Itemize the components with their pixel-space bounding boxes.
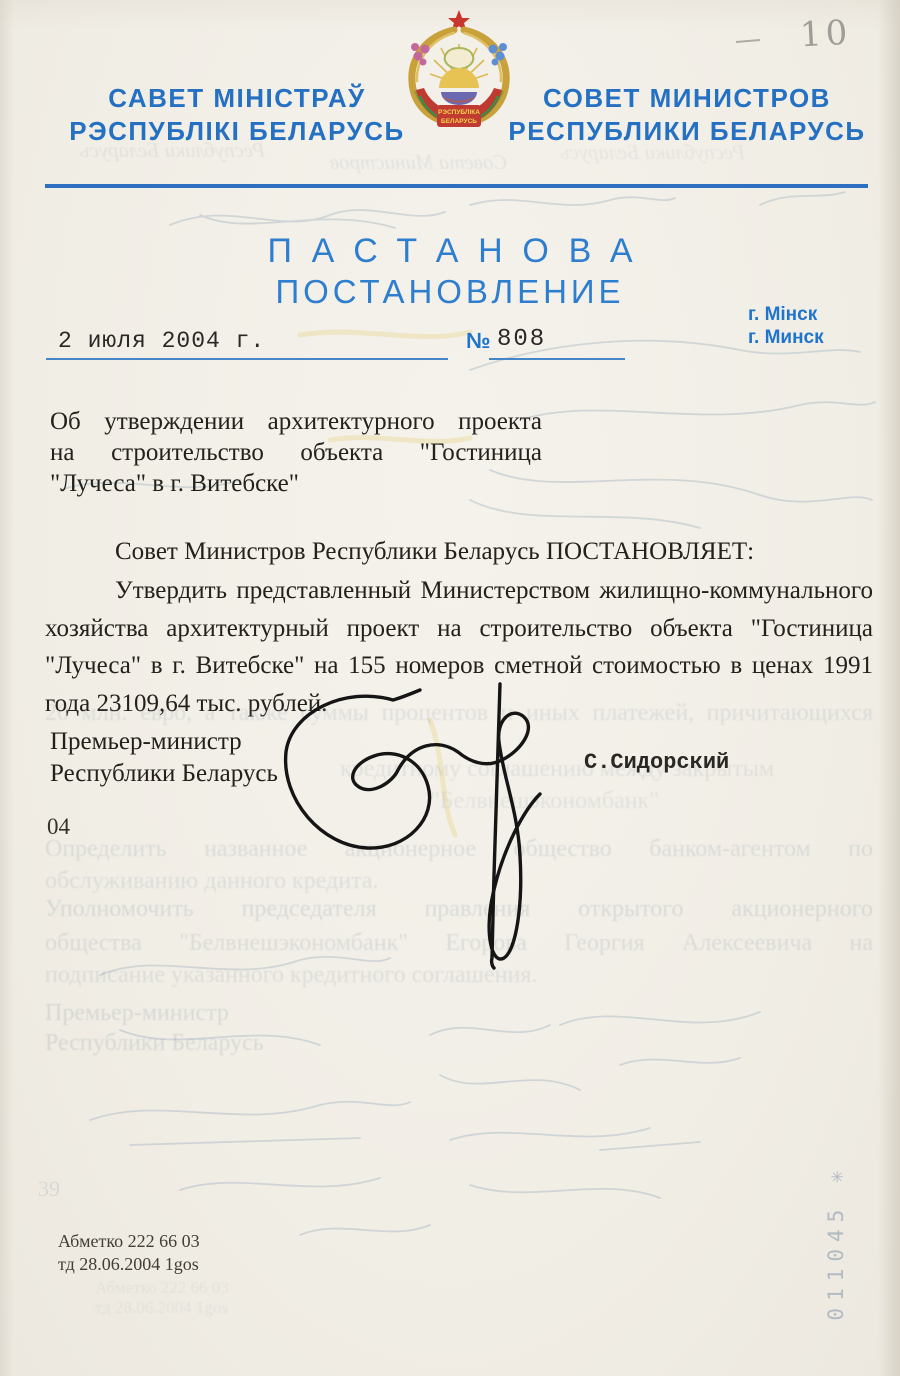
- archive-stamp-vertical: 011045 ✳: [824, 1142, 848, 1342]
- letterhead-belarusian: САВЕТ МІНІСТРАЎ РЭСПУБЛІКІ БЕЛАРУСЬ: [42, 82, 432, 148]
- ghost-bleed-line: обслуживанию данного кредита.: [45, 868, 379, 895]
- doc-type-belarusian: ПАСТАНОВА: [140, 232, 760, 271]
- letterhead-line: РЭСПУБЛІКІ БЕЛАРУСЬ: [42, 115, 432, 148]
- ghost-bleed-line: Уполномочить председателя правления откр…: [45, 896, 873, 923]
- doc-code-mark: 04: [47, 814, 70, 840]
- document-type-heading: ПАСТАНОВА ПОСТАНОВЛЕНИЕ: [140, 232, 760, 311]
- letterhead-line: СОВЕТ МИНИСТРОВ: [492, 82, 882, 115]
- footer-imprint: Абметко 222 66 03 тд 28.06.2004 1gos: [58, 1230, 200, 1276]
- ghost-bleed-line: Республики Беларусь: [45, 1030, 264, 1057]
- city-belarusian: г. Мінск: [748, 303, 824, 326]
- ribbon-text-line1: РЭСПУБЛІКА: [438, 109, 480, 116]
- ghost-bleed-line: 20 млн. евро, а также суммы процентов и …: [45, 700, 873, 727]
- document-title: Об утверждении архитектурного проекта на…: [50, 406, 542, 499]
- number-underline: [489, 358, 625, 360]
- ghost-footer-line: Абметко 222 66 03: [95, 1278, 229, 1298]
- ghost-bleed-line: Премьер-министр: [45, 1000, 229, 1027]
- ghost-bleed-line: Определить названное акционерное обществ…: [45, 836, 873, 863]
- city-russian: г. Минск: [748, 326, 824, 349]
- number-sign: №: [466, 328, 491, 354]
- document-number: 808: [497, 326, 546, 353]
- footer-contact: Абметко 222 66 03: [58, 1230, 200, 1253]
- ghost-mirrored-text: Совета Министров: [330, 150, 508, 175]
- ghost-bleed-line: подписание указанного кредитного соглаше…: [45, 962, 537, 989]
- signer-title-line: Премьер-министр: [50, 726, 278, 758]
- signer-title-line: Республики Беларусь: [50, 758, 278, 790]
- ghost-page-number: 39: [38, 1176, 60, 1202]
- pencil-dash-mark: [736, 39, 760, 43]
- ghost-bleed-line: "Белвнешэкономбанк": [430, 788, 659, 815]
- letterhead-line: РЕСПУБЛИКИ БЕЛАРУСЬ: [492, 115, 882, 148]
- date-underline: [46, 358, 448, 360]
- footer-typist: тд 28.06.2004 1gos: [58, 1253, 200, 1276]
- belarus-map-outline: [445, 48, 473, 69]
- pencil-page-number: 10: [799, 13, 852, 56]
- ribbon-text-line2: БЕЛАРУСЬ: [441, 118, 477, 125]
- ghost-footer-line: тд 28.06.2004 1gos: [95, 1298, 228, 1318]
- document-date: 2 июля 2004 г.: [58, 328, 265, 354]
- horizontal-rule: [45, 184, 868, 188]
- letterhead-russian: СОВЕТ МИНИСТРОВ РЕСПУБЛИКИ БЕЛАРУСЬ: [492, 82, 882, 148]
- title-line: Об утверждении архитектурного проекта: [50, 406, 542, 437]
- issue-city: г. Мінск г. Минск: [748, 303, 824, 349]
- ghost-bleed-line: общества "Белвнешэкономбанк" Егорова Гео…: [45, 930, 873, 957]
- title-line: "Лучеса" в г. Витебске": [50, 468, 542, 499]
- letterhead-line: САВЕТ МІНІСТРАЎ: [42, 82, 432, 115]
- signer-name: С.Сидорский: [584, 750, 729, 775]
- signer-title: Премьер-министр Республики Беларусь: [50, 726, 278, 790]
- doc-type-russian: ПОСТАНОВЛЕНИЕ: [140, 273, 760, 311]
- document-page: 10 Республики Беларусь Совета Министров …: [0, 0, 900, 1376]
- body-paragraph-resolves: Совет Министров Республики Беларусь ПОСТ…: [45, 538, 873, 566]
- title-line: на строительство объекта "Гостиница: [50, 437, 542, 468]
